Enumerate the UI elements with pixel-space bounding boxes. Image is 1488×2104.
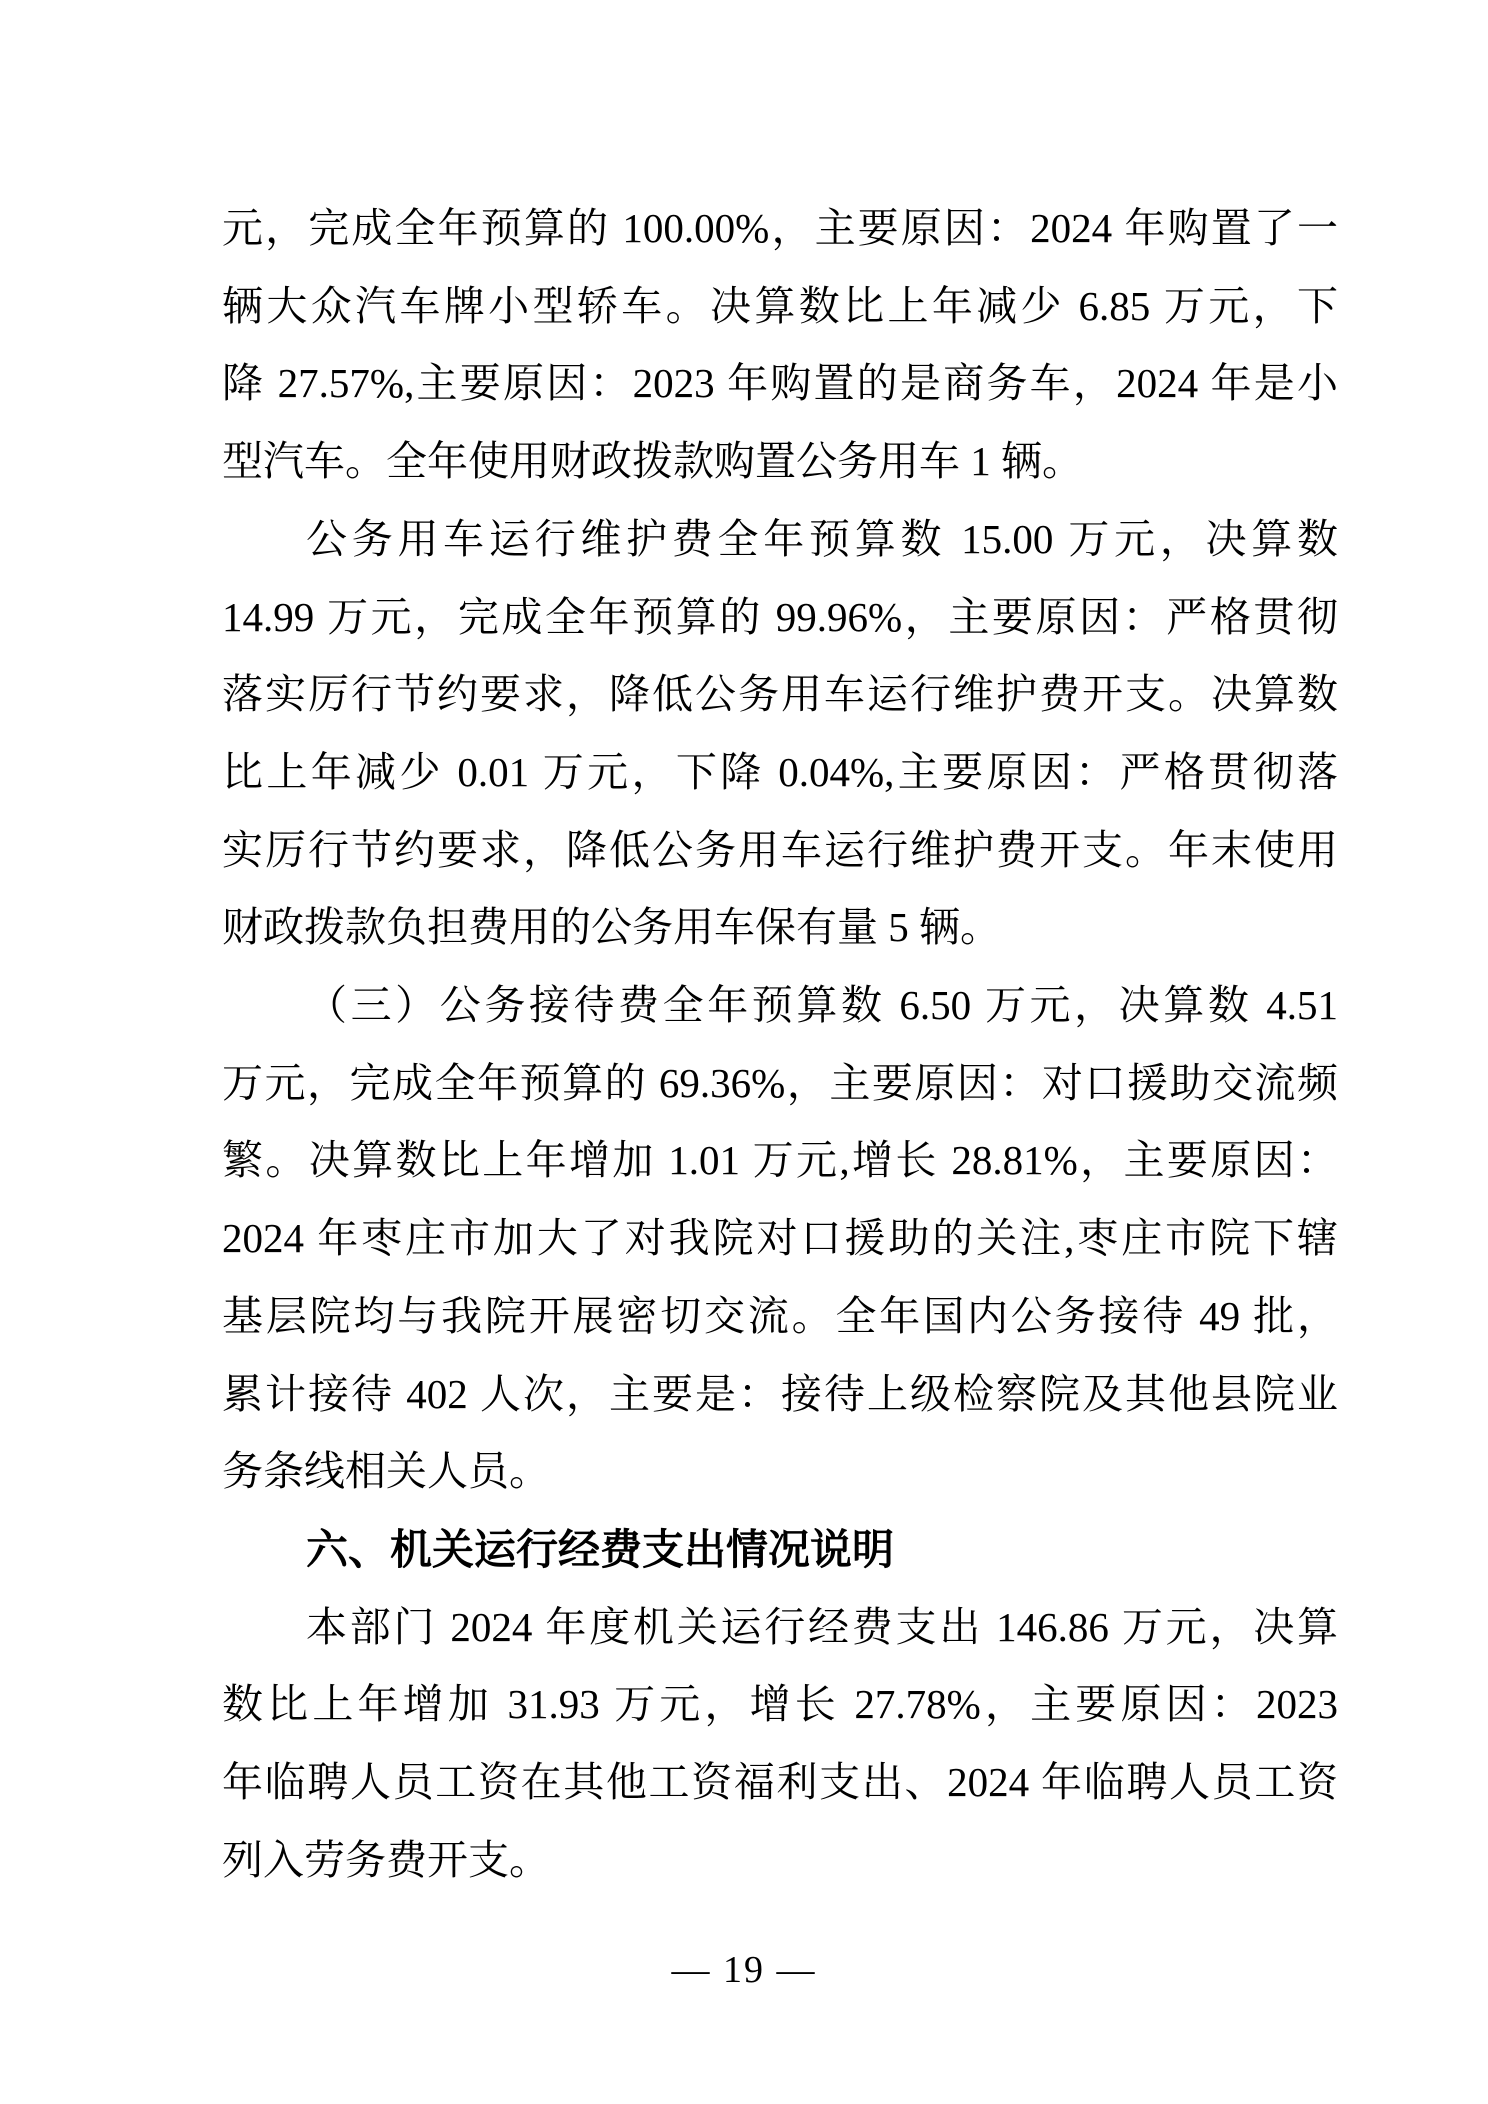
body-line: 落实厉行节约要求，降低公务用车运行维护费开支。决算数 (222, 656, 1338, 734)
page-content: 元，完成全年预算的 100.00%，主要原因：2024 年购置了一 辆大众汽车牌… (222, 190, 1338, 1899)
body-line: 比上年减少 0.01 万元，下降 0.04%,主要原因：严格贯彻落 (222, 734, 1338, 812)
body-line: 累计接待 402 人次，主要是：接待上级检察院及其他县院业 (222, 1356, 1338, 1434)
body-line: 型汽车。全年使用财政拨款购置公务用车 1 辆。 (222, 423, 1338, 501)
body-line: 基层院均与我院开展密切交流。全年国内公务接待 49 批， (222, 1278, 1338, 1356)
body-line: 财政拨款负担费用的公务用车保有量 5 辆。 (222, 889, 1338, 967)
body-line: 年临聘人员工资在其他工资福利支出、2024 年临聘人员工资 (222, 1744, 1338, 1822)
body-line: 2024 年枣庄市加大了对我院对口援助的关注,枣庄市院下辖 (222, 1200, 1338, 1278)
section-heading: 六、机关运行经费支出情况说明 (222, 1511, 1338, 1589)
body-line: 降 27.57%,主要原因：2023 年购置的是商务车，2024 年是小 (222, 345, 1338, 423)
body-line: 万元，完成全年预算的 69.36%，主要原因：对口援助交流频 (222, 1045, 1338, 1123)
body-line: （三）公务接待费全年预算数 6.50 万元，决算数 4.51 (222, 967, 1338, 1045)
body-line: 务条线相关人员。 (222, 1433, 1338, 1511)
body-line: 元，完成全年预算的 100.00%，主要原因：2024 年购置了一 (222, 190, 1338, 268)
body-line: 本部门 2024 年度机关运行经费支出 146.86 万元，决算 (222, 1589, 1338, 1667)
document-page: 元，完成全年预算的 100.00%，主要原因：2024 年购置了一 辆大众汽车牌… (0, 0, 1488, 2104)
body-line: 繁。决算数比上年增加 1.01 万元,增长 28.81%，主要原因： (222, 1122, 1338, 1200)
body-line: 列入劳务费开支。 (222, 1822, 1338, 1900)
body-line: 数比上年增加 31.93 万元，增长 27.78%，主要原因：2023 (222, 1666, 1338, 1744)
page-number: — 19 — (672, 1949, 817, 1991)
body-line: 辆大众汽车牌小型轿车。决算数比上年减少 6.85 万元，下 (222, 268, 1338, 346)
body-line: 14.99 万元，完成全年预算的 99.96%，主要原因：严格贯彻 (222, 579, 1338, 657)
body-line: 实厉行节约要求，降低公务用车运行维护费开支。年末使用 (222, 812, 1338, 890)
page-footer: — 19 — (0, 1948, 1488, 1992)
body-line: 公务用车运行维护费全年预算数 15.00 万元，决算数 (222, 501, 1338, 579)
